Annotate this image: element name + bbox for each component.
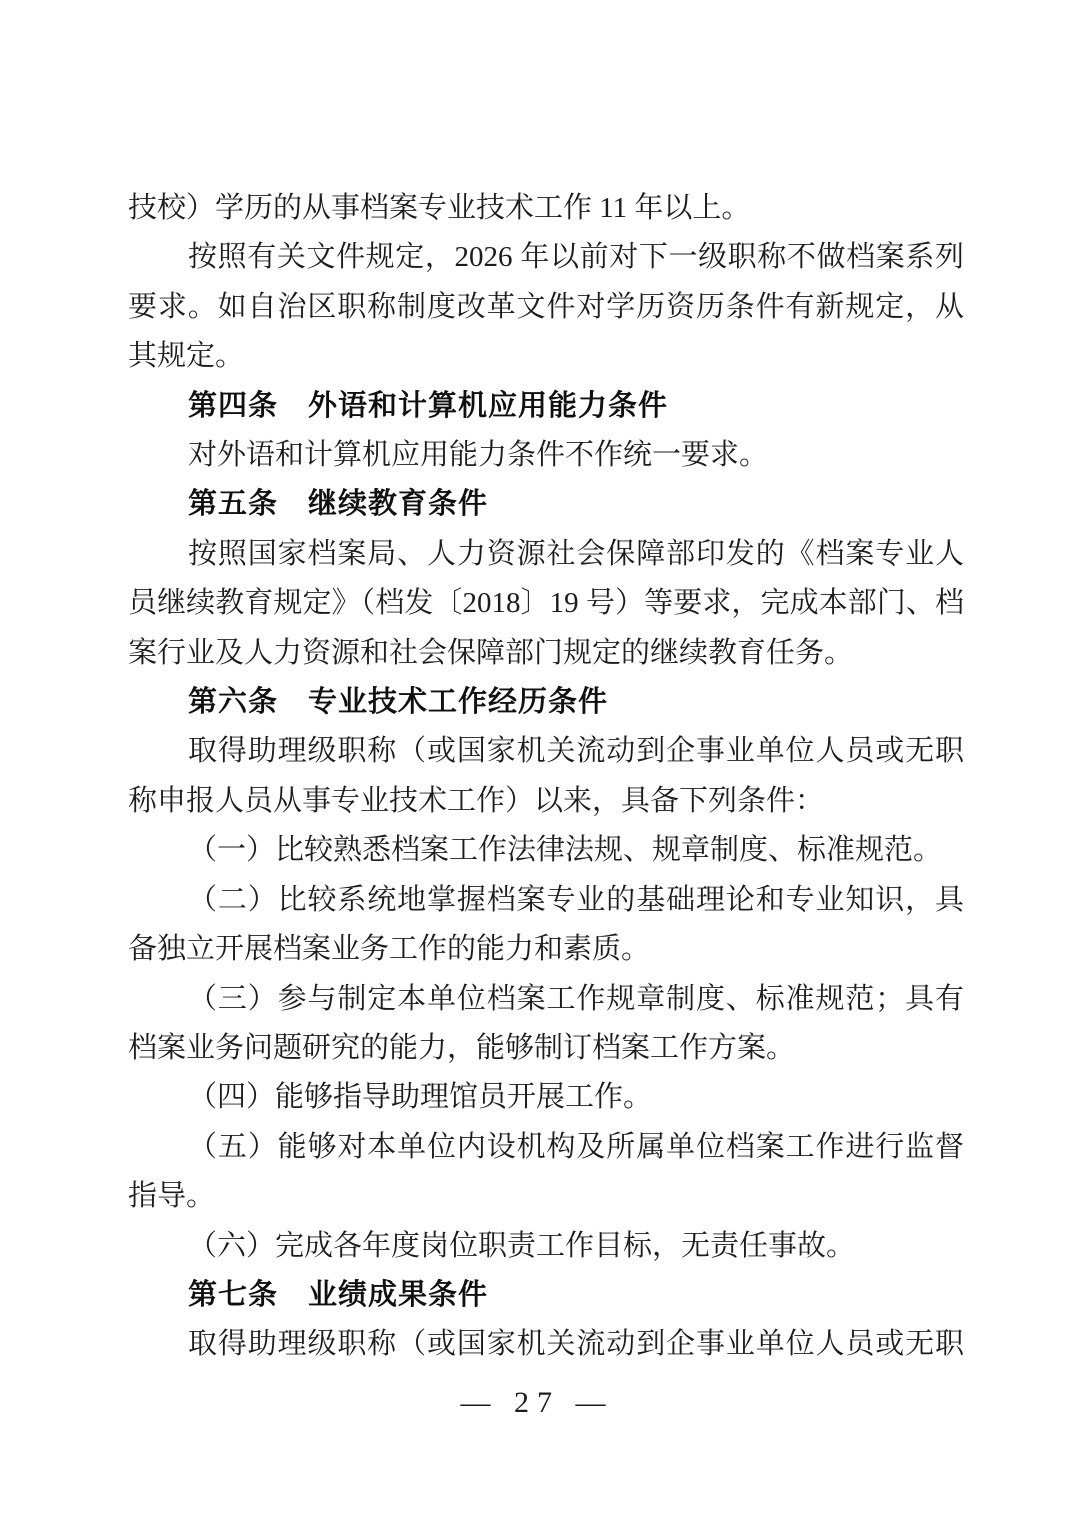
heading-article-6: 第六条 专业技术工作经历条件 <box>128 678 964 727</box>
text-line: 对外语和计算机应用能力条件不作统一要求。 <box>128 431 964 480</box>
text-line: 称申报人员从事专业技术工作）以来，具备下列条件： <box>128 777 964 826</box>
text-line-item-3: （三）参与制定本单位档案工作规章制度、标准规范；具有 <box>128 975 964 1024</box>
heading-article-5: 第五条 继续教育条件 <box>128 480 964 529</box>
text-line-item-2: （二）比较系统地掌握档案专业的基础理论和专业知识，具 <box>128 876 964 925</box>
text-line: 员继续教育规定》（档发〔2018〕19 号）等要求，完成本部门、档 <box>128 579 964 628</box>
text-line: 备独立开展档案业务工作的能力和素质。 <box>128 925 964 974</box>
text-line: 按照有关文件规定，2026 年以前对下一级职称不做档案系列 <box>128 233 964 282</box>
text-line: 按照国家档案局、人力资源社会保障部印发的《档案专业人 <box>128 530 964 579</box>
document-body: 技校）学历的从事档案专业技术工作 11 年以上。 按照有关文件规定，2026 年… <box>128 184 964 1370</box>
document-page: 技校）学历的从事档案专业技术工作 11 年以上。 按照有关文件规定，2026 年… <box>0 0 1074 1520</box>
text-line-item-5: （五）能够对本单位内设机构及所属单位档案工作进行监督 <box>128 1123 964 1172</box>
text-line: 技校）学历的从事档案专业技术工作 11 年以上。 <box>128 184 964 233</box>
page-number: — 27 — <box>461 1386 614 1419</box>
text-line: 案行业及人力资源和社会保障部门规定的继续教育任务。 <box>128 629 964 678</box>
text-line: 其规定。 <box>128 332 964 381</box>
text-line: 取得助理级职称（或国家机关流动到企事业单位人员或无职 <box>128 727 964 776</box>
text-line: 要求。如自治区职称制度改革文件对学历资历条件有新规定，从 <box>128 283 964 332</box>
text-line: 取得助理级职称（或国家机关流动到企事业单位人员或无职 <box>128 1320 964 1369</box>
text-line-item-6: （六）完成各年度岗位职责工作目标，无责任事故。 <box>128 1222 964 1271</box>
page-footer: — 27 — <box>0 1386 1074 1420</box>
text-line: 档案业务问题研究的能力，能够制订档案工作方案。 <box>128 1024 964 1073</box>
heading-article-7: 第七条 业绩成果条件 <box>128 1271 964 1320</box>
heading-article-4: 第四条 外语和计算机应用能力条件 <box>128 382 964 431</box>
text-line-item-1: （一）比较熟悉档案工作法律法规、规章制度、标准规范。 <box>128 826 964 875</box>
text-line-item-4: （四）能够指导助理馆员开展工作。 <box>128 1073 964 1122</box>
text-line: 指导。 <box>128 1172 964 1221</box>
